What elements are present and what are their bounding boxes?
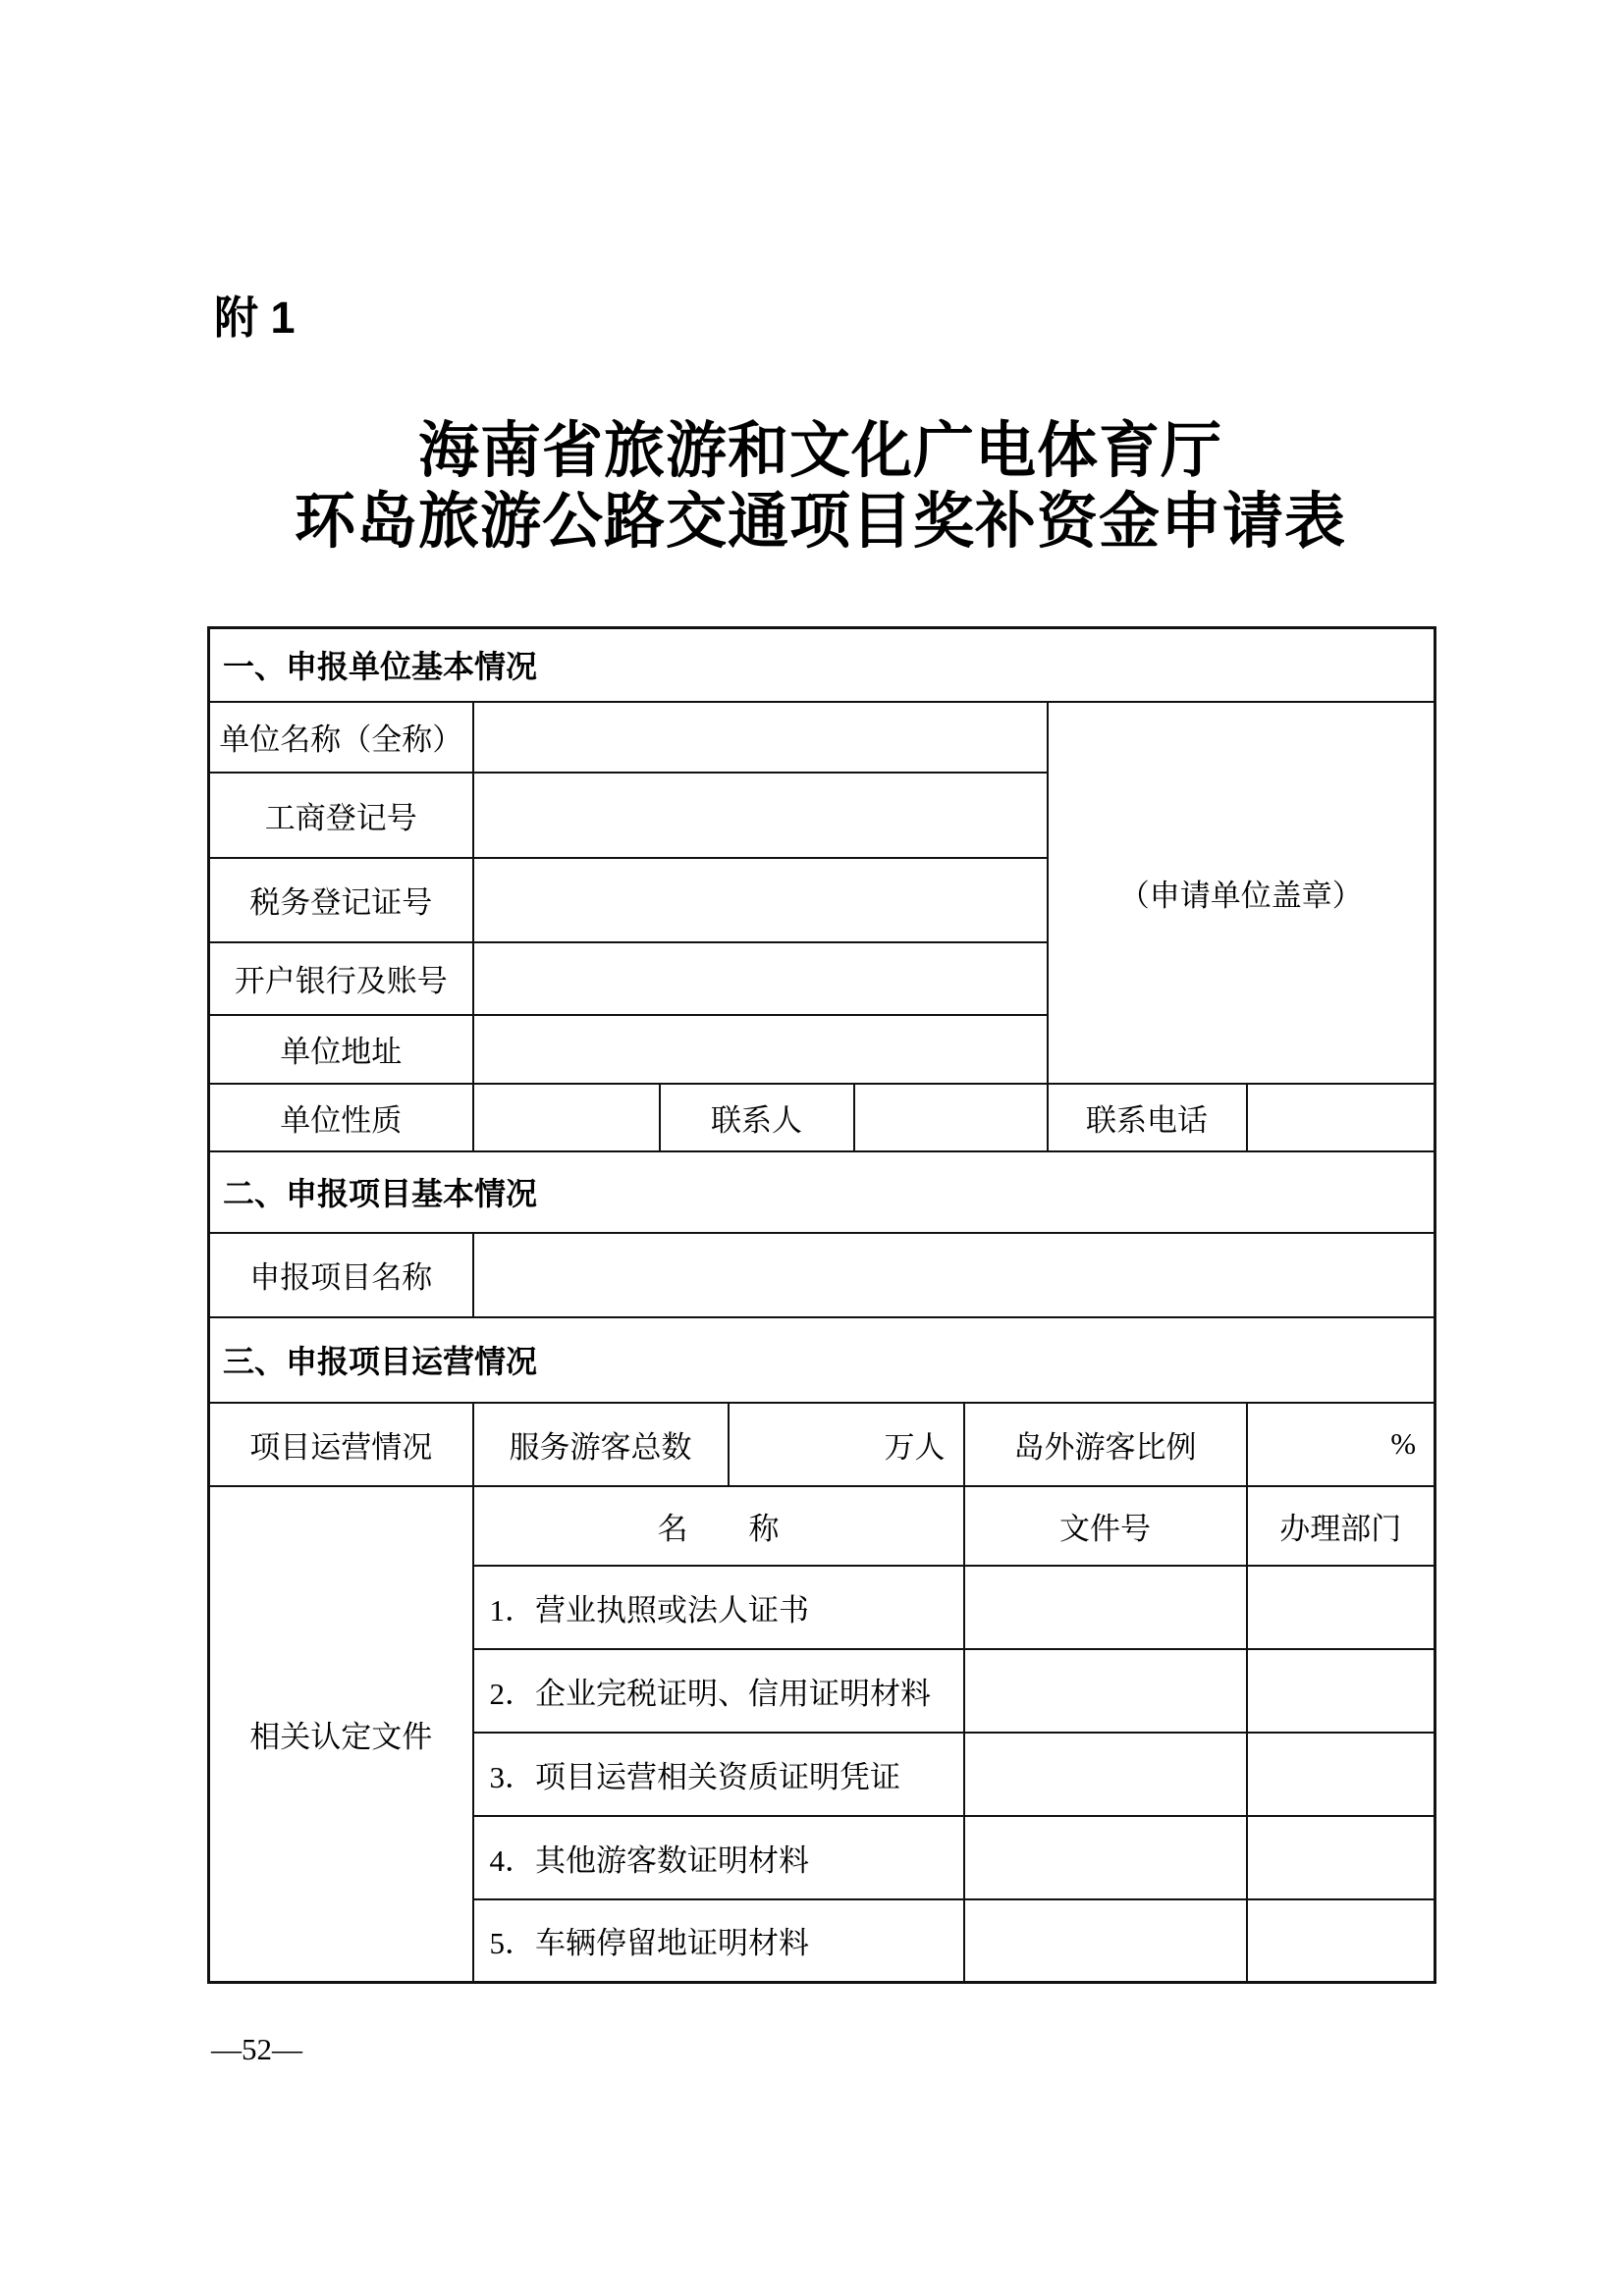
project-name-input-cell[interactable] — [473, 1233, 1435, 1317]
operation-status-label: 项目运营情况 — [209, 1403, 473, 1486]
section2-header-row: 二、申报项目基本情况 — [209, 1151, 1435, 1233]
doc-item-2: 2．企业完税证明、信用证明材料 — [473, 1649, 964, 1733]
stamp-note-cell: （申请单位盖章） — [1048, 702, 1435, 1084]
unit-nature-label: 单位性质 — [209, 1084, 473, 1151]
unit-address-label: 单位地址 — [209, 1015, 473, 1084]
doc-fileno-header: 文件号 — [964, 1486, 1247, 1566]
project-name-row: 申报项目名称 — [209, 1233, 1435, 1317]
doc-item-4: 4．其他游客数证明材料 — [473, 1816, 964, 1899]
unit-name-input-cell[interactable] — [473, 702, 1048, 773]
contact-phone-label: 联系电话 — [1048, 1084, 1247, 1151]
bank-account-input-cell[interactable] — [473, 942, 1048, 1015]
offisland-ratio-input-cell[interactable]: % — [1247, 1403, 1435, 1486]
visitors-total-label: 服务游客总数 — [473, 1403, 729, 1486]
page-number: —52— — [211, 2030, 302, 2069]
contact-person-label: 联系人 — [660, 1084, 854, 1151]
related-documents-label: 相关认定文件 — [209, 1486, 473, 1983]
visitors-total-input-cell[interactable]: 万人 — [729, 1403, 964, 1486]
unit-nature-input-cell[interactable] — [473, 1084, 660, 1151]
unit-address-input-cell[interactable] — [473, 1015, 1048, 1084]
visitors-unit-label: 万人 — [885, 1430, 946, 1465]
doc-department-cell-3[interactable] — [1247, 1733, 1435, 1816]
unit-nature-row: 单位性质 联系人 联系电话 — [209, 1084, 1435, 1151]
doc-department-cell-5[interactable] — [1247, 1899, 1435, 1983]
doc-item-5: 5．车辆停留地证明材料 — [473, 1899, 964, 1983]
doc-name-header: 名 称 — [473, 1486, 964, 1566]
doc-fileno-cell-5[interactable] — [964, 1899, 1247, 1983]
document-title: 海南省旅游和文化广电体育厅 环岛旅游公路交通项目奖补资金申请表 — [207, 416, 1434, 558]
unit-name-row: 单位名称（全称） （申请单位盖章） — [209, 702, 1435, 773]
doc-department-cell-2[interactable] — [1247, 1649, 1435, 1733]
offisland-ratio-label: 岛外游客比例 — [964, 1403, 1247, 1486]
tax-reg-input-cell[interactable] — [473, 858, 1048, 942]
operation-status-row: 项目运营情况 服务游客总数 万人 岛外游客比例 % — [209, 1403, 1435, 1486]
title-line-2: 环岛旅游公路交通项目奖补资金申请表 — [207, 487, 1434, 558]
bank-account-label: 开户银行及账号 — [209, 942, 473, 1015]
section3-header: 三、申报项目运营情况 — [209, 1317, 1435, 1403]
doc-fileno-cell-1[interactable] — [964, 1566, 1247, 1649]
doc-department-header: 办理部门 — [1247, 1486, 1435, 1566]
project-name-label: 申报项目名称 — [209, 1233, 473, 1317]
section1-header: 一、申报单位基本情况 — [209, 628, 1435, 702]
application-form-table: 一、申报单位基本情况 单位名称（全称） （申请单位盖章） 工商登记号 税务登记证… — [207, 626, 1436, 1984]
unit-name-label: 单位名称（全称） — [209, 702, 473, 773]
section2-header: 二、申报项目基本情况 — [209, 1151, 1435, 1233]
offisland-unit-label: % — [1390, 1426, 1416, 1461]
doc-department-cell-1[interactable] — [1247, 1566, 1435, 1649]
doc-item-3: 3．项目运营相关资质证明凭证 — [473, 1733, 964, 1816]
contact-person-input-cell[interactable] — [854, 1084, 1048, 1151]
tax-reg-label: 税务登记证号 — [209, 858, 473, 942]
title-line-1: 海南省旅游和文化广电体育厅 — [207, 416, 1434, 487]
doc-fileno-cell-2[interactable] — [964, 1649, 1247, 1733]
doc-fileno-cell-3[interactable] — [964, 1733, 1247, 1816]
doc-fileno-cell-4[interactable] — [964, 1816, 1247, 1899]
doc-item-1: 1．营业执照或法人证书 — [473, 1566, 964, 1649]
document-page: 附 1 海南省旅游和文化广电体育厅 环岛旅游公路交通项目奖补资金申请表 一、申报… — [0, 0, 1624, 2296]
contact-phone-input-cell[interactable] — [1247, 1084, 1435, 1151]
doc-department-cell-4[interactable] — [1247, 1816, 1435, 1899]
section1-header-row: 一、申报单位基本情况 — [209, 628, 1435, 702]
business-reg-input-cell[interactable] — [473, 773, 1048, 858]
attachment-label: 附 1 — [214, 291, 296, 346]
business-reg-label: 工商登记号 — [209, 773, 473, 858]
documents-header-row: 相关认定文件 名 称 文件号 办理部门 — [209, 1486, 1435, 1566]
section3-header-row: 三、申报项目运营情况 — [209, 1317, 1435, 1403]
